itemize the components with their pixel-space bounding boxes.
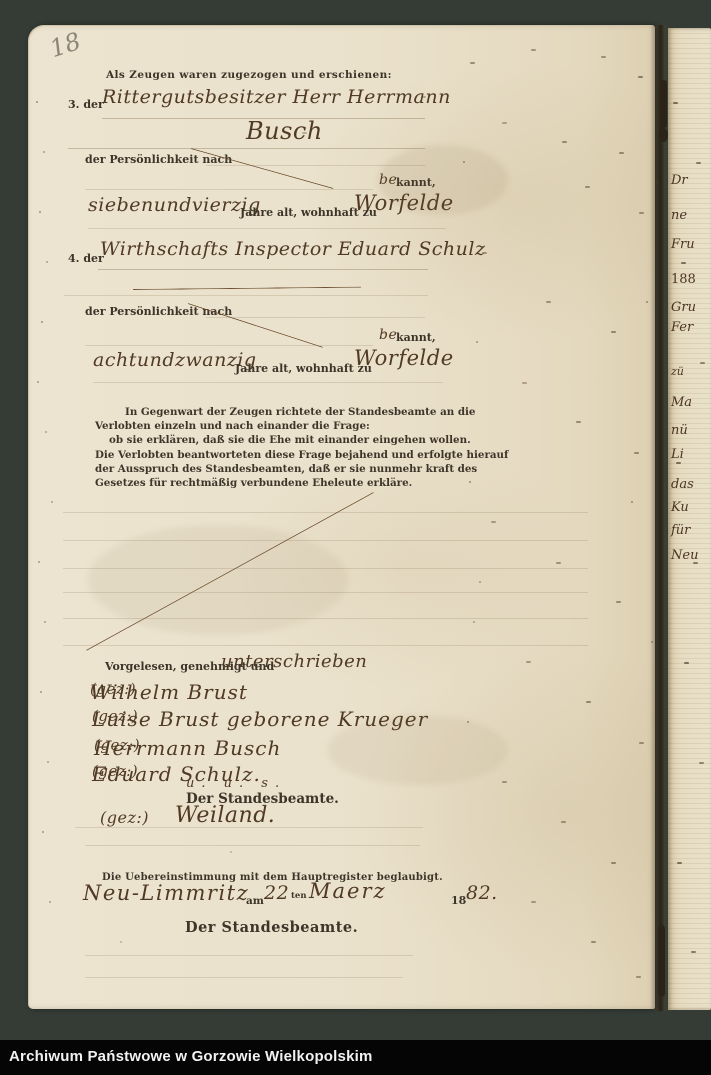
ruled-line [88,228,446,229]
handwriting-fragment: Ma [671,395,692,410]
witness3-prefix: 3. der [68,98,104,111]
ruled-line [85,345,373,346]
ruled-line [85,955,413,956]
declaration-line: Verlobten einzeln und nach einander die … [95,420,447,434]
signature-name: Wilhelm Brust [90,680,248,704]
register-page: 18 Als Zeugen waren zugezogen und erschi… [28,25,655,1009]
handwriting-fragment: für [671,523,690,538]
declaration-line: Die Verlobten beantworteten diese Frage … [95,449,447,463]
handwriting-fragment: zü [671,365,684,378]
handwriting-fragment: Ku [671,500,689,515]
foxing-specks [0,0,2,2]
registrar-title-bottom: Der Standesbeamte. [185,919,358,936]
registrar-gez: (gez:) [100,808,149,827]
binding-mark [661,80,667,128]
declaration-line: der Ausspruch des Standesbeamten, daß er… [95,463,447,477]
witness4-known-printed: kannt, [396,331,436,344]
witness4-name-handwritten: Wirthschafts Inspector Eduard Schulz [100,238,485,260]
binding-crease [650,25,669,1011]
folio-number: 18 [46,27,84,63]
ruled-line [98,269,428,270]
handwriting-fragment: Neu [671,548,698,563]
ruled-line [85,977,403,978]
signature-name: Herrmann Busch [94,736,281,760]
certification-month: Maerz [309,879,387,903]
archive-name: Archiwum Państwowe w Gorzowie Wielkopols… [0,1040,711,1074]
ink-bleed-stain [378,145,508,215]
ruled-line [68,148,425,149]
handwriting-fragment: Li [671,447,684,462]
certification-year-handwritten: 82. [466,882,498,904]
ruled-line [85,845,420,846]
declaration-line: In Gegenwart der Zeugen richtete der Sta… [95,406,447,420]
handwriting-fragment: Dr [671,173,688,188]
scanned-document-view: 18 Als Zeugen waren zugezogen und erschi… [0,0,711,1075]
handwriting-fragment: das [671,477,694,492]
declaration-line: Gesetzes für rechtmäßig verbundene Ehele… [95,477,447,491]
handwriting-fragment: ne [671,208,687,223]
adjacent-page-edge: Dr ne Fru 188 Gru Fer zü Ma nü Li das Ku… [668,28,711,1010]
ink-stroke-diagonal [188,303,323,348]
witness4-prefix: 4. der [68,252,104,265]
archive-watermark-bar: Archiwum Państwowe w Gorzowie Wielkopols… [0,1040,711,1075]
ink-stroke-crossout [133,287,361,290]
ink-bleed-stain [328,715,508,785]
ruled-line [85,189,373,190]
handwriting-fragment: 188 [671,272,696,287]
ruled-line [64,295,428,296]
witness4-known-handwritten: be [379,327,397,343]
registrar-signature: Weiland. [175,803,275,828]
certification-day: 22 [264,882,289,904]
witness4-age-handwritten: achtundzwanzig [93,349,257,371]
ruled-line [75,827,423,828]
handwriting-fragment: Fer [671,320,693,335]
certification-am-label: am [246,895,264,907]
handwriting-fragment: Fru [671,237,695,252]
handwriting-fragment: Gru [671,300,696,315]
abbreviation-uus: u. u. s. [186,776,286,791]
certification-year-printed: 18 [451,894,466,907]
ruled-line [206,317,425,318]
witness3-name-handwritten: Rittergutsbesitzer Herr Herrmann [102,86,451,108]
ruled-line [63,512,588,513]
witness3-age-handwritten: siebenundvierzig [88,194,261,216]
witness4-residence: Worfelde [354,346,454,370]
binding-mark [659,128,668,142]
witness4-age-suffix: Jahre alt, wohnhaft zu [235,362,372,375]
handwriting-fragment: nü [671,423,688,438]
ink-stroke-diagonal [191,148,334,189]
ruled-line [63,645,588,646]
closing-handwritten: unterschrieben [221,651,367,672]
declaration-paragraph: In Gegenwart der Zeugen richtete der Sta… [95,406,447,494]
certification-day-suffix: ten [291,891,307,901]
witness-heading: Als Zeugen waren zugezogen und erschiene… [106,69,392,81]
ink-bleed-stain [88,525,348,635]
certification-place: Neu-Limmritz [83,881,249,905]
ruled-line [93,382,443,383]
declaration-line: ob sie erklären, daß sie die Ehe mit ein… [95,434,447,448]
witness3-name-continued: Busch [246,117,323,145]
binding-mark [658,925,665,997]
